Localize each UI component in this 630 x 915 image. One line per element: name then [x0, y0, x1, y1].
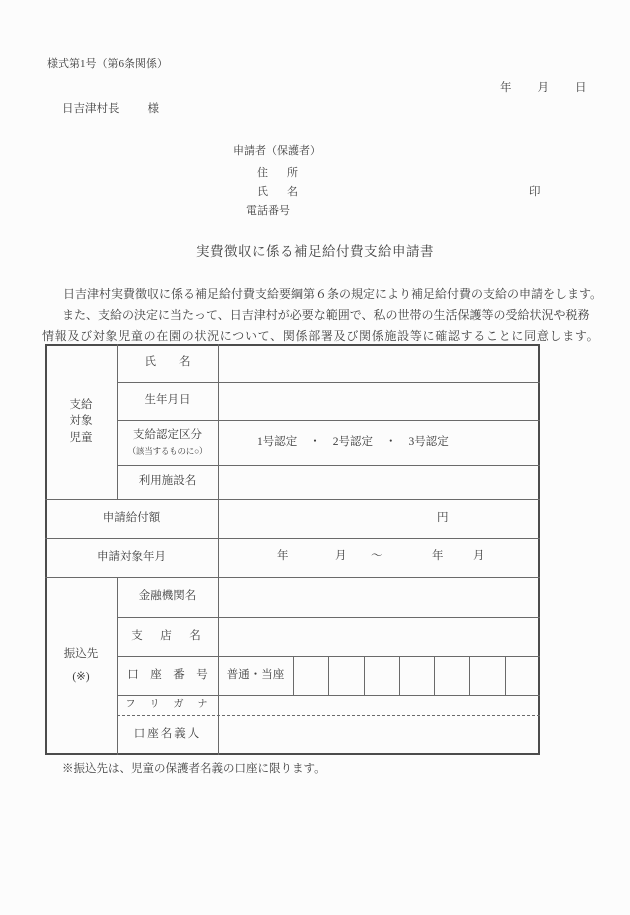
- phone-label: 電話番号: [246, 205, 290, 218]
- field-furigana[interactable]: [218, 695, 540, 715]
- account-digit-box[interactable]: [399, 656, 434, 695]
- date-line: 年 月 日: [500, 82, 587, 96]
- child-section-label: 支給 対象 児童: [45, 344, 117, 517]
- seal-label: 印: [529, 186, 541, 200]
- name-label-part: 名: [287, 186, 298, 199]
- applicant-heading: 申請者（保護者）: [233, 145, 321, 158]
- address-label-part: 住: [257, 167, 268, 180]
- addressee-name: 日吉津村長: [62, 103, 120, 117]
- applicant-name-label: 氏 名: [257, 186, 298, 199]
- certification-category-options: 1号認定 ・ 2号認定 ・ 3号認定: [218, 420, 579, 465]
- addressee-honorific: 様: [148, 103, 160, 117]
- applicant-address-label: 住 所: [257, 167, 298, 180]
- field-child-name[interactable]: [218, 344, 540, 382]
- account-digit-box[interactable]: [328, 656, 363, 695]
- address-label-part: 所: [287, 167, 298, 180]
- child-name-label: 氏 名: [117, 344, 218, 382]
- period-month1-label: 月: [335, 551, 347, 563]
- date-year-label: 年: [500, 82, 512, 96]
- account-digit-box[interactable]: [364, 656, 399, 695]
- option-separator: ・: [385, 436, 397, 450]
- account-holder-label: 口座名義人: [117, 715, 218, 755]
- facility-name-label: 利用施設名: [117, 465, 218, 499]
- account-type-ordinary[interactable]: 普通: [227, 669, 250, 683]
- certification-category-label-text: 支給認定区分: [133, 429, 202, 443]
- period-tilde: ～: [371, 551, 383, 563]
- transfer-section-label: 振込先 (※): [45, 577, 117, 755]
- application-form-document: 様式第1号（第6条関係） 年 月 日 日吉津村長 様 申請者（保護者） 住 所 …: [0, 0, 630, 915]
- form-number: 様式第1号（第6条関係）: [47, 58, 168, 71]
- account-type-current[interactable]: 当座: [261, 669, 284, 683]
- bank-name-label: 金融機関名: [117, 577, 218, 617]
- category-option-2[interactable]: 2号認定: [333, 436, 373, 450]
- account-type-separator: ・: [250, 669, 262, 683]
- name-label-part: 氏: [257, 186, 268, 199]
- amount-unit-label: 円: [437, 512, 449, 526]
- field-bank-name[interactable]: [218, 577, 540, 617]
- child-section-label-line: 児童: [70, 430, 93, 447]
- body-line-1: 日吉津村実費徴収に係る補足給付費支給要綱第６条の規定により補足給付費の支給の申請…: [63, 287, 602, 301]
- category-option-1[interactable]: 1号認定: [257, 436, 297, 450]
- certification-category-note: （該当するものに○）: [128, 446, 208, 456]
- body-line-3: 情報及び対象児童の在園の状況について、関係部署及び関係施設等に確認することに同意…: [42, 329, 599, 343]
- account-digit-box[interactable]: [293, 656, 328, 695]
- field-child-birthdate[interactable]: [218, 382, 540, 420]
- date-day-label: 日: [575, 82, 587, 96]
- account-digit-box[interactable]: [434, 656, 469, 695]
- period-label: 申請対象年月: [45, 538, 218, 577]
- body-line-2: また、支給の決定に当たって、日吉津村が必要な範囲で、私の世帯の生活保護等の受給状…: [62, 308, 590, 322]
- field-period[interactable]: 年 月 ～ 年 月: [218, 538, 540, 577]
- account-type-options: 普通 ・ 当座: [218, 656, 293, 695]
- furigana-label: フ リ ガ ナ: [117, 695, 218, 715]
- document-title: 実費徴収に係る補足給付費支給申請書: [0, 240, 630, 260]
- period-year1-label: 年: [277, 551, 289, 563]
- date-month-label: 月: [538, 82, 550, 96]
- account-number-boxes: [293, 656, 540, 695]
- account-number-label: 口 座 番 号: [117, 656, 218, 695]
- child-section-label-line: 対象: [70, 413, 93, 430]
- addressee-line: 日吉津村長 様: [62, 103, 159, 117]
- period-year2-label: 年: [432, 551, 444, 563]
- child-section-label-line: 支給: [70, 397, 93, 414]
- option-separator: ・: [309, 436, 321, 450]
- transfer-section-label-line: 振込先: [64, 643, 99, 666]
- category-option-3[interactable]: 3号認定: [409, 436, 449, 450]
- footnote: ※振込先は、児童の保護者名義の口座に限ります。: [62, 763, 326, 777]
- transfer-section-label-line: (※): [72, 666, 89, 689]
- account-digit-box[interactable]: [505, 656, 540, 695]
- account-digit-box[interactable]: [469, 656, 504, 695]
- branch-name-label: 支 店 名: [117, 617, 218, 656]
- amount-label: 申請給付額: [45, 499, 218, 538]
- field-facility-name[interactable]: [218, 465, 540, 499]
- child-birthdate-label: 生年月日: [117, 382, 218, 420]
- period-month2-label: 月: [473, 551, 485, 563]
- field-amount[interactable]: 円: [218, 499, 630, 538]
- field-branch-name[interactable]: [218, 617, 540, 656]
- certification-category-label: 支給認定区分 （該当するものに○）: [117, 420, 218, 465]
- field-account-holder[interactable]: [218, 715, 540, 755]
